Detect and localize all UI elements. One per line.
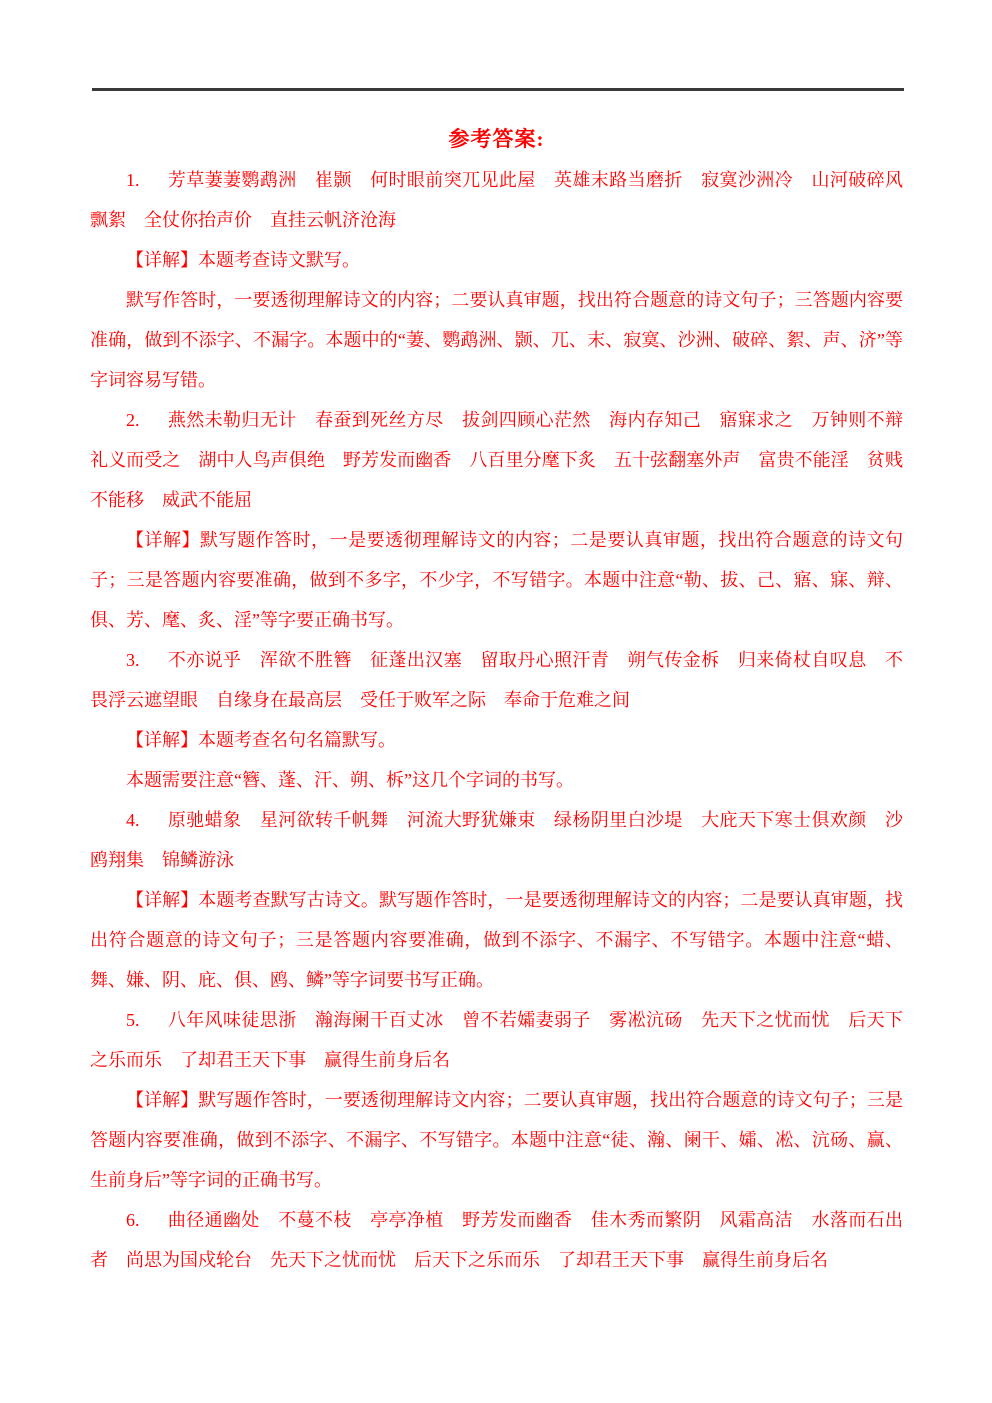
answer-item-5: 5.八年风味徒思浙 瀚海阑干百丈冰 曾不若孀妻弱子 雾凇沆砀 先天下之忧而忧 后… — [90, 1000, 903, 1080]
answers-content: 参考答案: 1.芳草萋萋鹦鹉洲 崔颢 何时眼前突兀见此屋 英雄末路当磨折 寂寞沙… — [90, 118, 903, 1280]
answer-text: 不亦说乎 浑欲不胜簪 征蓬出汉塞 留取丹心照汗青 朔气传金柝 归来倚杖自叹息 不… — [90, 650, 903, 710]
answer-text: 曲径通幽处 不蔓不枝 亭亭净植 野芳发而幽香 佳木秀而繁阴 风霜高洁 水落而石出… — [90, 1210, 903, 1270]
item-number: 4. — [126, 810, 140, 830]
explanation-paragraph: 【详解】本题考查默写古诗文。默写题作答时，一是要透彻理解诗文的内容；二是要认真审… — [90, 880, 903, 1000]
answer-item-6: 6.曲径通幽处 不蔓不枝 亭亭净植 野芳发而幽香 佳木秀而繁阴 风霜高洁 水落而… — [90, 1200, 903, 1280]
page-title: 参考答案: — [90, 118, 903, 160]
item-number: 1. — [126, 170, 140, 190]
answer-text: 原驰蜡象 星河欲转千帆舞 河流大野犹嫌束 绿杨阴里白沙堤 大庇天下寒士俱欢颜 沙… — [90, 810, 903, 870]
answer-item-4: 4.原驰蜡象 星河欲转千帆舞 河流大野犹嫌束 绿杨阴里白沙堤 大庇天下寒士俱欢颜… — [90, 800, 903, 880]
item-number: 6. — [126, 1210, 140, 1230]
answer-text: 芳草萋萋鹦鹉洲 崔颢 何时眼前突兀见此屋 英雄末路当磨折 寂寞沙洲冷 山河破碎风… — [90, 170, 903, 230]
explanation-paragraph: 【详解】默写题作答时，一是要透彻理解诗文的内容；二是要认真审题，找出符合题意的诗… — [90, 520, 903, 640]
answer-item-2: 2.燕然未勒归无计 春蚕到死丝方尽 拔剑四顾心茫然 海内存知己 寤寐求之 万钟则… — [90, 400, 903, 520]
item-number: 5. — [126, 1010, 140, 1030]
header-divider — [92, 88, 904, 91]
explanation-paragraph: 本题需要注意“簪、蓬、汗、朔、柝”这几个字词的书写。 — [90, 760, 903, 800]
explanation-paragraph: 【详解】本题考查诗文默写。 — [90, 240, 903, 280]
answer-text: 八年风味徒思浙 瀚海阑干百丈冰 曾不若孀妻弱子 雾凇沆砀 先天下之忧而忧 后天下… — [90, 1010, 903, 1070]
answer-item-1: 1.芳草萋萋鹦鹉洲 崔颢 何时眼前突兀见此屋 英雄末路当磨折 寂寞沙洲冷 山河破… — [90, 160, 903, 240]
item-number: 2. — [126, 410, 140, 430]
explanation-paragraph: 默写作答时，一要透彻理解诗文的内容；二要认真审题，找出符合题意的诗文句子；三答题… — [90, 280, 903, 400]
answer-item-3: 3.不亦说乎 浑欲不胜簪 征蓬出汉塞 留取丹心照汗青 朔气传金柝 归来倚杖自叹息… — [90, 640, 903, 720]
explanation-paragraph: 【详解】本题考查名句名篇默写。 — [90, 720, 903, 760]
item-number: 3. — [126, 650, 140, 670]
explanation-paragraph: 【详解】默写题作答时，一要透彻理解诗文内容；二要认真审题，找出符合题意的诗文句子… — [90, 1080, 903, 1200]
answer-text: 燕然未勒归无计 春蚕到死丝方尽 拔剑四顾心茫然 海内存知己 寤寐求之 万钟则不辩… — [90, 410, 903, 510]
document-page: 参考答案: 1.芳草萋萋鹦鹉洲 崔颢 何时眼前突兀见此屋 英雄末路当磨折 寂寞沙… — [0, 0, 992, 1403]
